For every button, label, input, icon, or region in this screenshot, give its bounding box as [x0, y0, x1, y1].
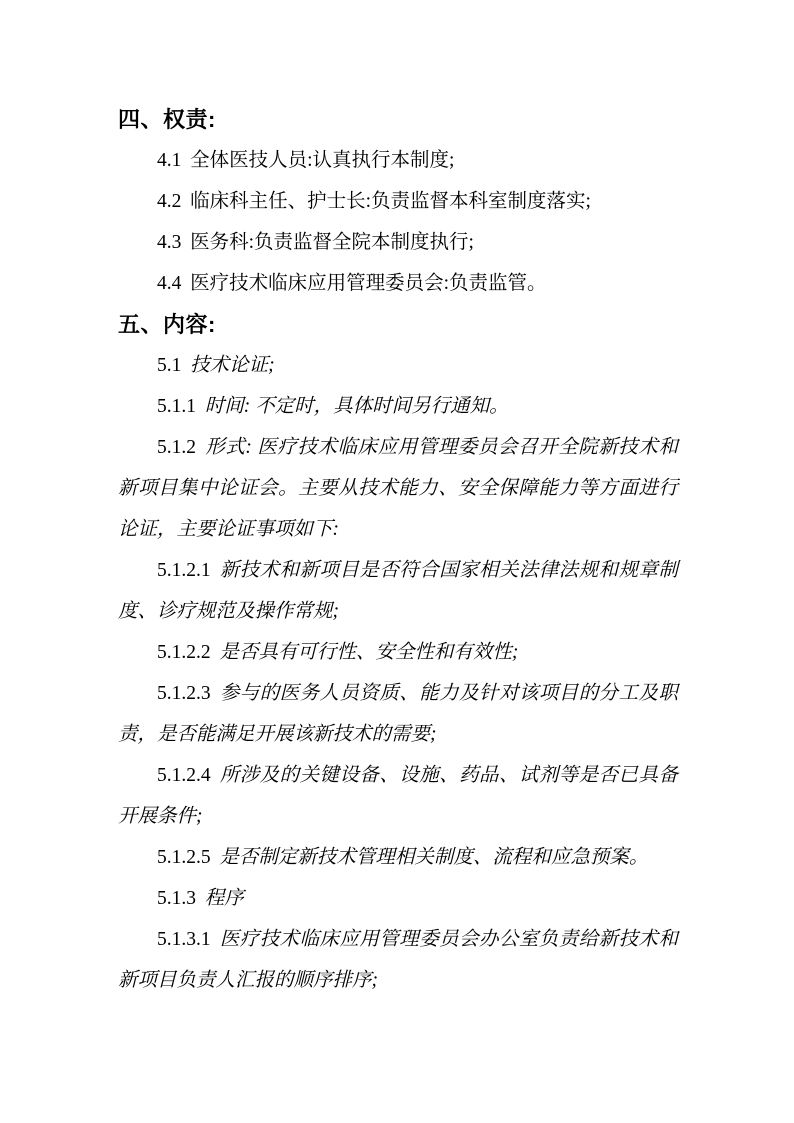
paragraph-number: 5.1	[157, 355, 181, 376]
paragraph-number: 5.1.2.4	[157, 765, 211, 786]
paragraph-text: 医务科:负责监督全院本制度执行;	[190, 232, 474, 253]
paragraph-number: 4.2	[157, 191, 181, 212]
paragraph-number: 5.1.2	[157, 437, 196, 458]
paragraph-text: 技术论证;	[190, 355, 275, 376]
paragraph-4-3: 4.3医务科:负责监督全院本制度执行;	[118, 222, 678, 263]
paragraph-number: 5.1.3.1	[157, 929, 211, 950]
paragraph-number: 5.1.2.1	[157, 560, 211, 581]
paragraph-5-1-1: 5.1.1时间: 不定时，具体时间另行通知。	[118, 386, 678, 427]
paragraph-5-1-2-5: 5.1.2.5是否制定新技术管理相关制度、流程和应急预案。	[118, 837, 678, 878]
paragraph-4-2: 4.2临床科主任、护士长:负责监督本科室制度落实;	[118, 181, 678, 222]
paragraph-text: 是否制定新技术管理相关制度、流程和应急预案。	[219, 847, 648, 868]
paragraph-4-4: 4.4医疗技术临床应用管理委员会:负责监管。	[118, 263, 678, 304]
paragraph-text: 时间: 不定时，具体时间另行通知。	[205, 396, 509, 417]
paragraph-number: 5.1.2.5	[157, 847, 211, 868]
paragraph-text: 全体医技人员:认真执行本制度;	[190, 150, 454, 171]
paragraph-5-1: 5.1技术论证;	[118, 345, 678, 386]
paragraph-5-1-2-3: 5.1.2.3参与的医务人员资质、能力及针对该项目的分工及职责，是否能满足开展该…	[118, 673, 678, 755]
paragraph-4-1: 4.1全体医技人员:认真执行本制度;	[118, 140, 678, 181]
paragraph-text: 医疗技术临床应用管理委员会:负责监管。	[190, 273, 546, 294]
paragraph-number: 4.3	[157, 232, 181, 253]
paragraph-number: 4.1	[157, 150, 181, 171]
section-content: 五、内容: 5.1技术论证; 5.1.1时间: 不定时，具体时间另行通知。 5.…	[118, 304, 678, 1001]
paragraph-number: 4.4	[157, 273, 181, 294]
paragraph-number: 5.1.3	[157, 888, 196, 909]
paragraph-number: 5.1.2.2	[157, 642, 211, 663]
paragraph-text: 形式: 医疗技术临床应用管理委员会召开全院新技术和新项目集中论证会。主要从技术能…	[118, 437, 678, 540]
paragraph-number: 5.1.1	[157, 396, 196, 417]
paragraph-text: 是否具有可行性、安全性和有效性;	[219, 642, 518, 663]
paragraph-5-1-3: 5.1.3程序	[118, 878, 678, 919]
section-content-heading: 五、内容:	[118, 304, 678, 345]
document-page: 四、权责: 4.1全体医技人员:认真执行本制度; 4.2临床科主任、护士长:负责…	[0, 0, 794, 1123]
paragraph-text: 程序	[205, 888, 244, 909]
paragraph-number: 5.1.2.3	[157, 683, 211, 704]
paragraph-text: 临床科主任、护士长:负责监督本科室制度落实;	[190, 191, 591, 212]
paragraph-5-1-2-1: 5.1.2.1新技术和新项目是否符合国家相关法律法规和规章制度、诊疗规范及操作常…	[118, 550, 678, 632]
paragraph-5-1-2-2: 5.1.2.2是否具有可行性、安全性和有效性;	[118, 632, 678, 673]
paragraph-5-1-3-1: 5.1.3.1医疗技术临床应用管理委员会办公室负责给新技术和新项目负责人汇报的顺…	[118, 919, 678, 1001]
section-responsibilities-heading: 四、权责:	[118, 99, 678, 140]
section-responsibilities: 四、权责: 4.1全体医技人员:认真执行本制度; 4.2临床科主任、护士长:负责…	[118, 99, 678, 304]
paragraph-5-1-2: 5.1.2形式: 医疗技术临床应用管理委员会召开全院新技术和新项目集中论证会。主…	[118, 427, 678, 550]
paragraph-5-1-2-4: 5.1.2.4所涉及的关键设备、设施、药品、试剂等是否已具备开展条件;	[118, 755, 678, 837]
